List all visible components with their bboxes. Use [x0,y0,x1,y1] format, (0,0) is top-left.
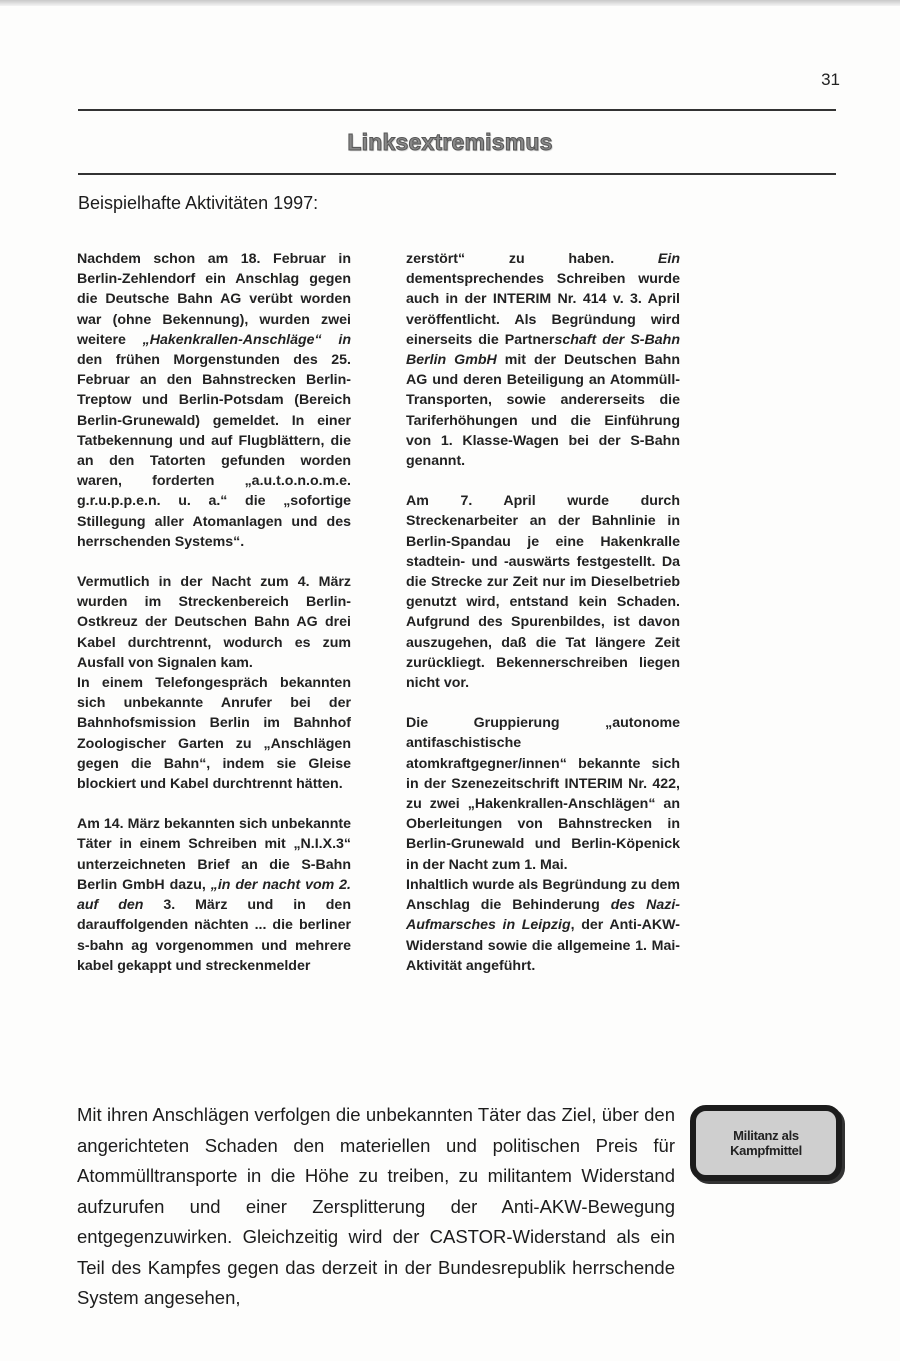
body-paragraph: Mit ihren Anschlägen verfolgen die unbek… [77,1100,675,1314]
margin-note-box: Militanz alsKampfmittel [690,1105,842,1181]
left-paragraph-1: Nachdem schon am 18. Februar in Berlin-Z… [77,249,351,552]
page-number: 31 [821,70,840,90]
margin-note-line-1: Militanz als [733,1128,799,1143]
left-paragraph-2: Vermutlich in der Nacht zum 4. März wurd… [77,572,351,673]
italic-text: Ein [658,251,680,267]
section-title: Linksextremismus [0,129,900,156]
margin-note-text: Militanz alsKampfmittel [730,1128,802,1158]
right-paragraph-1: zerstört“ zu haben. Ein dementsprechende… [406,249,680,471]
scan-edge [0,0,900,6]
subheading: Beispielhafte Aktivitäten 1997: [78,193,318,214]
text-run: den frühen Morgenstunden des 25. Februar… [77,352,351,550]
text-run: zerstört“ zu haben. [406,251,658,267]
right-paragraph-3: Die Gruppierung „autonome antifaschistis… [406,713,680,875]
right-paragraph-4: Inhaltlich wurde als Begründung zu dem A… [406,875,680,976]
right-column: zerstört“ zu haben. Ein dementsprechende… [406,249,680,996]
italic-quote: „Hakenkrallen-Anschläge“ in [143,332,351,348]
left-column: Nachdem schon am 18. Februar in Berlin-Z… [77,249,351,996]
margin-note-line-2: Kampfmittel [730,1143,802,1158]
header-rule-bottom [78,173,836,175]
left-paragraph-4: Am 14. März bekannten sich unbekannte Tä… [77,814,351,976]
right-paragraph-2: Am 7. April wurde durch Streckenarbeiter… [406,491,680,693]
left-paragraph-3: In einem Telefongespräch bekannten sich … [77,673,351,794]
text-run: mit der Deutschen Bahn AG und deren Bete… [406,352,680,469]
header-rule-top [78,109,836,111]
